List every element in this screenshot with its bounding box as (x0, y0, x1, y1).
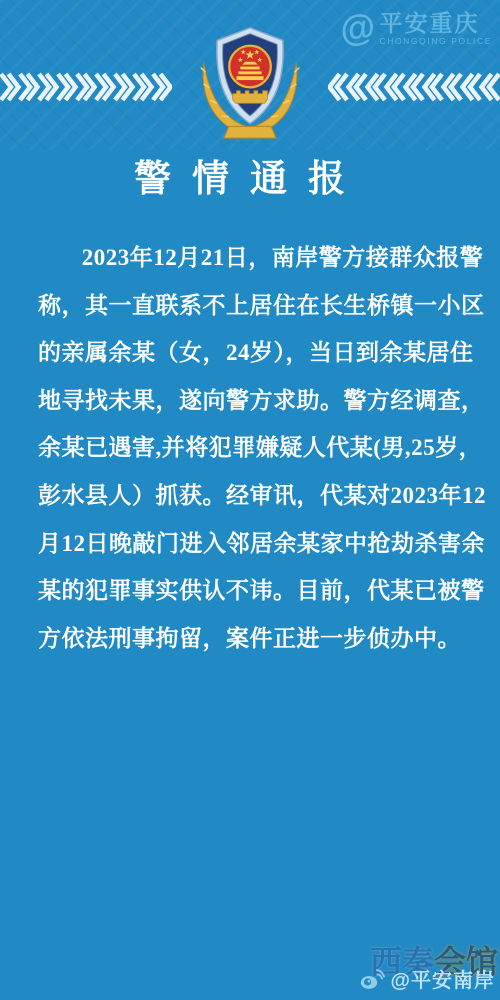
police-badge-icon (192, 22, 308, 142)
brand-subtitle: CHONGQING POLICE (379, 36, 492, 46)
notice-title: 警情通报 (0, 148, 500, 202)
weibo-icon (360, 968, 385, 990)
chevron-decoration-left (0, 72, 172, 102)
at-magnifier-icon: @ (338, 8, 378, 49)
notice-body: 2023年12月21日，南岸警方接群众报警称，其一直联系不上居住在长生桥镇一小区… (38, 234, 468, 662)
notice-body-line: 地寻找未果，遂向警方求助。警方经调查， (38, 377, 468, 425)
notice-body-line: 方依法刑事拘留，案件正进一步侦办中。 (38, 615, 468, 663)
notice-body-line: 称，其一直联系不上居住在长生桥镇一小区 (38, 282, 468, 330)
brand-name: 平安重庆 (379, 10, 492, 36)
notice-body-line: 某的犯罪事实供认不讳。目前，代某已被警 (38, 567, 468, 615)
weibo-attribution: @平安南岸 (360, 964, 495, 993)
notice-body-line: 2023年12月21日，南岸警方接群众报警 (38, 234, 468, 282)
brand-watermark: @ 平安重庆 CHONGQING POLICE (340, 10, 492, 46)
weibo-handle: @平安南岸 (390, 964, 495, 993)
notice-body-line: 的亲属余某（女，24岁），当日到余某居住 (38, 329, 468, 377)
chevron-decoration-right (328, 72, 500, 102)
notice-body-line: 余某已遇害,并将犯罪嫌疑人代某(男,25岁， (38, 424, 468, 472)
notice-body-line: 月12日晚敲门进入邻居余某家中抢劫杀害余 (38, 520, 468, 568)
notice-body-line: 彭水县人）抓获。经审讯，代某对2023年12 (38, 472, 468, 520)
